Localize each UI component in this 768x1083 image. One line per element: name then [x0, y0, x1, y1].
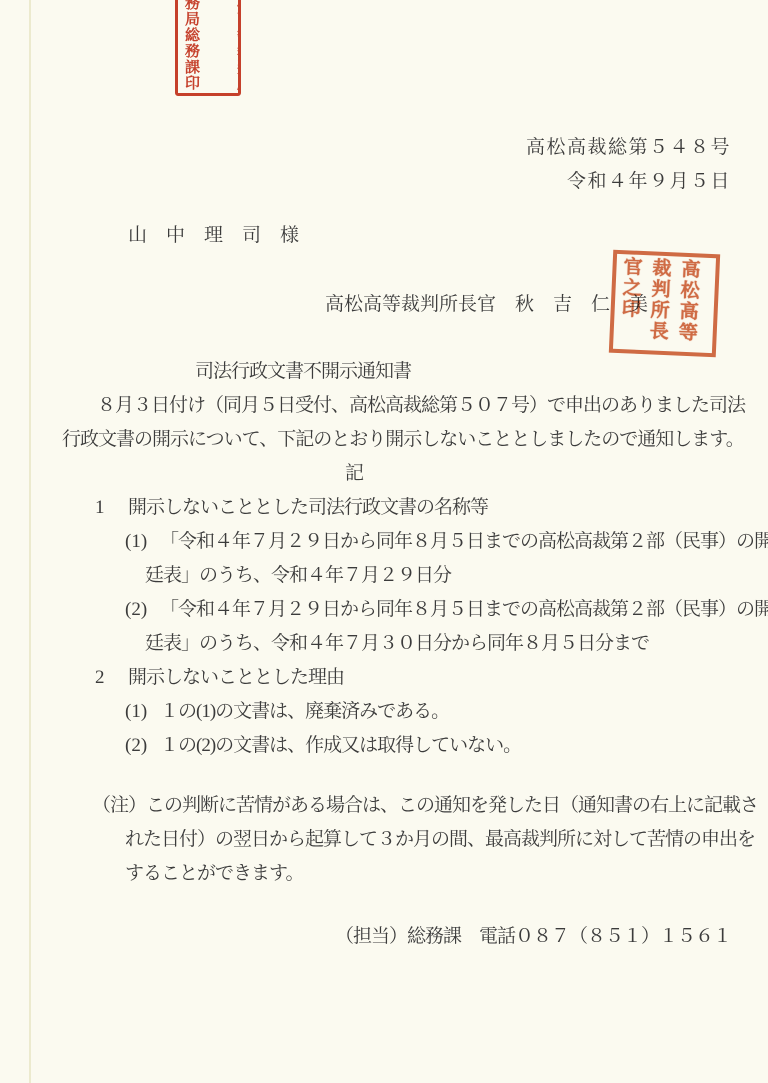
- section2-heading: 2開示しないこととした理由: [95, 661, 752, 695]
- scanner-edge-line: [29, 0, 31, 1083]
- section1-heading: 1開示しないこととした司法行政文書の名称等: [95, 491, 752, 525]
- office-stamp: 高松高等裁判所 事務局総務課印: [175, 0, 241, 96]
- section2-item1-text: １の(1)の文書は、廃棄済みである。: [160, 701, 449, 722]
- intro-line2: 行政文書の開示について、下記のとおり開示しないこととしましたので通知します。: [62, 423, 752, 457]
- note-line2: れた日付）の翌日から起算して３か月の間、最高裁判所に対して苦情の申出を: [125, 823, 752, 857]
- contact-line: （担当）総務課 電話０８７（８５１）１５６１: [335, 920, 752, 954]
- section2-item2-text: １の(2)の文書は、作成又は取得していない。: [160, 735, 521, 756]
- section2-heading-text: 開示しないこととした理由: [128, 667, 344, 688]
- section1-item2-text1: 「令和４年７月２９日から同年８月５日までの高松高裁第２部（民事）の開: [160, 599, 768, 620]
- section2-item1: (1)１の(1)の文書は、廃棄済みである。: [125, 695, 752, 729]
- section1-heading-text: 開示しないこととした司法行政文書の名称等: [128, 497, 488, 518]
- section2-number: 2: [95, 661, 128, 695]
- section1-item2-line1: (2)「令和４年７月２９日から同年８月５日までの高松高裁第２部（民事）の開: [125, 593, 752, 627]
- addressee: 山 中 理 司 様: [128, 219, 299, 253]
- section1-item2-line2: 廷表」のうち、令和４年７月３０日分から同年８月５日分まで: [145, 627, 752, 661]
- president-seal-text: 高松高等裁判所長官之印: [613, 254, 705, 355]
- office-stamp-text: 高松高等裁判所 事務局総務課印: [178, 0, 241, 93]
- note-marker: （注）: [92, 795, 146, 816]
- notice-title: 司法行政文書不開示通知書: [195, 355, 752, 389]
- section2-item2: (2)１の(2)の文書は、作成又は取得していない。: [125, 729, 752, 763]
- section1-number: 1: [95, 491, 128, 525]
- president-seal: 高松高等裁判所長官之印: [609, 250, 720, 358]
- sender-line: 高松高等裁判所長官 秋 吉 仁 美: [325, 288, 648, 322]
- section2-item2-marker: (2): [125, 729, 160, 763]
- section1-item1-line2: 廷表」のうち、令和４年７月２９日分: [145, 559, 752, 593]
- section1-item1-line1: (1)「令和４年７月２９日から同年８月５日までの高松高裁第２部（民事）の開: [125, 525, 752, 559]
- section2-item1-marker: (1): [125, 695, 160, 729]
- intro-line1: ８月３日付け（同月５日受付、高松高裁総第５０７号）で申出のありました司法: [97, 389, 752, 423]
- scanned-notice-page: 高松高等裁判所 事務局総務課印 高松高裁総第５４８号 令和４年９月５日 山 中 …: [0, 0, 768, 1083]
- office-stamp-column-right: 高松高等裁判所: [235, 0, 241, 91]
- section1-item1-marker: (1): [125, 525, 160, 559]
- note-line3: することができます。: [125, 857, 752, 891]
- notice-body: 司法行政文書不開示通知書 ８月３日付け（同月５日受付、高松高裁総第５０７号）で申…: [62, 355, 752, 954]
- section1-item1-text1: 「令和４年７月２９日から同年８月５日までの高松高裁第２部（民事）の開: [160, 531, 768, 552]
- note-text1: この判断に苦情がある場合は、この通知を発した日（通知書の右上に記載さ: [146, 795, 758, 816]
- document-date: 令和４年９月５日: [526, 165, 731, 199]
- document-header: 高松高裁総第５４８号 令和４年９月５日: [526, 131, 731, 199]
- note-line1: （注）この判断に苦情がある場合は、この通知を発した日（通知書の右上に記載さ: [92, 789, 752, 823]
- section1-item2-marker: (2): [125, 593, 160, 627]
- office-stamp-column-left: 事務局総務課印: [183, 0, 199, 91]
- record-heading: 記: [345, 457, 752, 491]
- document-number: 高松高裁総第５４８号: [526, 131, 731, 165]
